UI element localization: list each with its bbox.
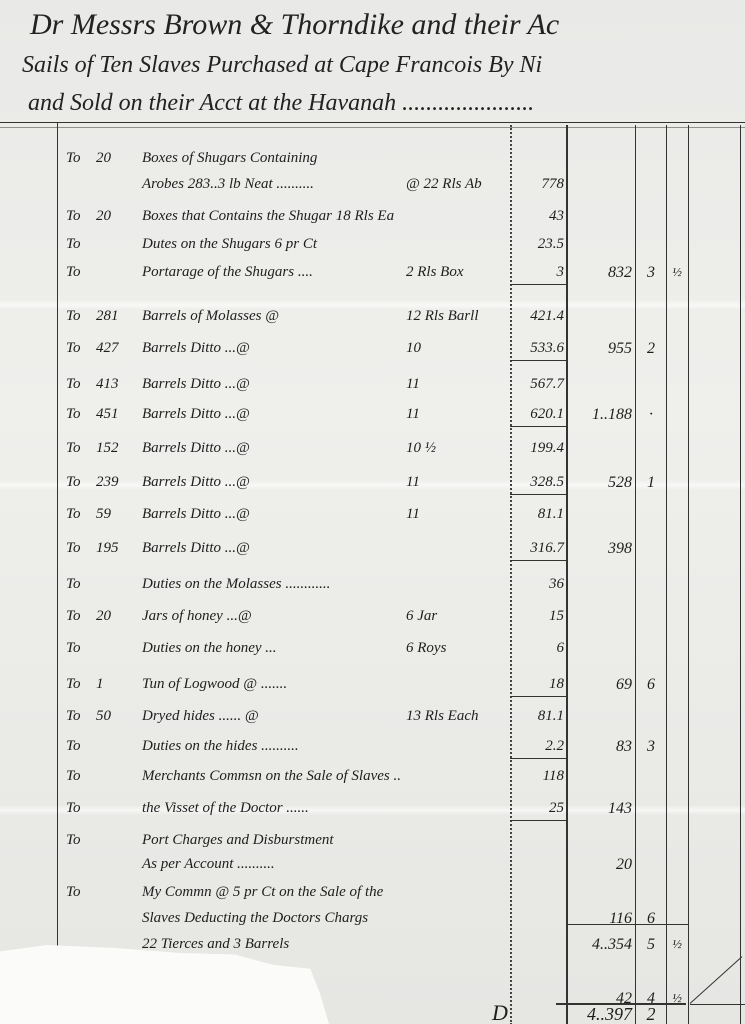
entry-amt2: 143 xyxy=(570,800,632,818)
entry-desc: Duties on the hides .......... xyxy=(142,738,299,755)
header-line-2: Sails of Ten Slaves Purchased at Cape Fr… xyxy=(22,52,542,79)
ledger-entry: To20Boxes that Contains the Shugar 18 Rl… xyxy=(66,208,506,234)
entry-desc: Barrels of Molasses @ xyxy=(142,308,279,325)
entry-amt1: 316.7 xyxy=(512,540,564,557)
entry-rate: 12 Rls Barll xyxy=(406,308,479,325)
entry-qty: 451 xyxy=(96,406,142,423)
grand-total-mark: D xyxy=(492,1000,508,1024)
entry-amt2: 83 xyxy=(570,738,632,756)
entry-qty: 20 xyxy=(96,608,142,625)
entry-to: To xyxy=(66,608,96,625)
entry-amt3: 6 xyxy=(636,910,666,928)
entry-to: To xyxy=(66,376,96,393)
entry-rate: 6 Roys xyxy=(406,640,446,657)
entry-qty: 239 xyxy=(96,474,142,491)
entry-desc: Barrels Ditto ...@ xyxy=(142,406,250,423)
entry-amt1: 81.1 xyxy=(512,506,564,523)
entry-to: To xyxy=(66,832,96,849)
entry-rate: 2 Rls Box xyxy=(406,264,464,281)
entry-to: To xyxy=(66,738,96,755)
ledger-entry: Arobes 283..3 lb Neat ..........@ 22 Rls… xyxy=(66,176,506,202)
entry-amt3: 2 xyxy=(636,340,666,358)
entry-desc: Duties on the honey ... xyxy=(142,640,277,657)
entry-qty: 281 xyxy=(96,308,142,325)
entry-desc: Barrels Ditto ...@ xyxy=(142,540,250,557)
entry-amt1: 567.7 xyxy=(512,376,564,393)
entry-to: To xyxy=(66,576,96,593)
entry-to: To xyxy=(66,440,96,457)
entry-rate: 10 ½ xyxy=(406,440,436,457)
ledger-entry: To239Barrels Ditto ...@11 xyxy=(66,474,506,500)
entry-rate: 6 Jar xyxy=(406,608,437,625)
ledger-entry: To50Dryed hides ...... @13 Rls Each xyxy=(66,708,506,734)
ledger-entry: To281Barrels of Molasses @12 Rls Barll xyxy=(66,308,506,334)
entry-amt2: 116 xyxy=(570,910,632,928)
header-rule xyxy=(0,122,745,123)
entry-amt3: · xyxy=(636,406,666,424)
entry-to: To xyxy=(66,340,96,357)
entry-amt1: 43 xyxy=(512,208,564,225)
entry-amt1: 620.1 xyxy=(512,406,564,423)
entry-desc: Boxes of Shugars Containing xyxy=(142,150,317,167)
entry-amt2: 1..188 xyxy=(570,406,632,424)
dotted-column-line xyxy=(510,125,512,1024)
left-margin-line xyxy=(57,122,58,952)
entry-qty: 152 xyxy=(96,440,142,457)
entry-to: To xyxy=(66,474,96,491)
grand-total-amount: 4..397 xyxy=(570,1004,632,1024)
entry-amt1: 36 xyxy=(512,576,564,593)
entry-desc: As per Account .......... xyxy=(142,856,275,873)
entry-to: To xyxy=(66,406,96,423)
entry-amt3: 3 xyxy=(636,738,666,756)
entry-desc: Barrels Ditto ...@ xyxy=(142,440,250,457)
entry-desc: 22 Tierces and 3 Barrels xyxy=(142,936,289,953)
entry-desc: Portarage of the Shugars .... xyxy=(142,264,313,281)
entry-desc: My Commn @ 5 pr Ct on the Sale of the xyxy=(142,884,383,901)
entry-desc: Slaves Deducting the Doctors Chargs xyxy=(142,910,368,927)
column-line xyxy=(740,125,741,1024)
entry-amt2: 955 xyxy=(570,340,632,358)
entry-to: To xyxy=(66,540,96,557)
entry-to: To xyxy=(66,768,96,785)
entry-rate: @ 22 Rls Ab xyxy=(406,176,482,193)
ledger-entry: As per Account .......... xyxy=(66,856,506,882)
entry-amt2: 832 xyxy=(570,264,632,282)
column-line xyxy=(688,125,689,1024)
entry-desc: Barrels Ditto ...@ xyxy=(142,340,250,357)
entry-to: To xyxy=(66,506,96,523)
entry-desc: Barrels Ditto ...@ xyxy=(142,474,250,491)
header-line-3: and Sold on their Acct at the Havanah ..… xyxy=(28,90,534,117)
entry-amt2: 528 xyxy=(570,474,632,492)
column-underline xyxy=(510,820,566,821)
entry-amt1: 778 xyxy=(512,176,564,193)
subtotal-rule xyxy=(566,924,688,925)
entry-to: To xyxy=(66,640,96,657)
entry-amt3: 5 xyxy=(636,936,666,954)
entry-to: To xyxy=(66,264,96,281)
entry-qty: 427 xyxy=(96,340,142,357)
entry-desc: Barrels Ditto ...@ xyxy=(142,376,250,393)
column-underline xyxy=(510,758,566,759)
entry-desc: Arobes 283..3 lb Neat .......... xyxy=(142,176,314,193)
entry-amt3: 1 xyxy=(636,474,666,492)
ledger-entry: To20Boxes of Shugars Containing xyxy=(66,150,506,176)
entry-qty: 59 xyxy=(96,506,142,523)
entry-amt2: 398 xyxy=(570,540,632,558)
column-underline xyxy=(510,284,566,285)
ledger-page: Dr Messrs Brown & Thorndike and their Ac… xyxy=(0,0,745,1024)
entry-to: To xyxy=(66,676,96,693)
column-line xyxy=(566,125,568,1024)
grand-total-fraction: 2 xyxy=(636,1004,666,1024)
ledger-entry: ToMerchants Commsn on the Sale of Slaves… xyxy=(66,768,506,794)
entry-amt2: 4..354 xyxy=(570,936,632,954)
diagonal-rule xyxy=(690,956,743,1004)
entry-amt1: 421.4 xyxy=(512,308,564,325)
ledger-entry: To413Barrels Ditto ...@11 xyxy=(66,376,506,402)
entry-to: To xyxy=(66,308,96,325)
ledger-entry: ToDuties on the Molasses ............ xyxy=(66,576,506,602)
entry-desc: Duties on the Molasses ............ xyxy=(142,576,330,593)
ledger-entry: ToPort Charges and Disburstment xyxy=(66,832,506,858)
ledger-entry: To59Barrels Ditto ...@11 xyxy=(66,506,506,532)
entry-amt1: 6 xyxy=(512,640,564,657)
entry-desc: Merchants Commsn on the Sale of Slaves .… xyxy=(142,768,401,785)
entry-to: To xyxy=(66,708,96,725)
entry-rate: 11 xyxy=(406,506,420,523)
column-underline xyxy=(510,696,566,697)
entry-qty: 413 xyxy=(96,376,142,393)
ledger-entry: Slaves Deducting the Doctors Chargs xyxy=(66,910,506,936)
entry-amt2: 69 xyxy=(570,676,632,694)
entry-amt1: 2.2 xyxy=(512,738,564,755)
header-line-1: Dr Messrs Brown & Thorndike and their Ac xyxy=(30,8,559,42)
entry-qty: 1 xyxy=(96,676,142,693)
entry-to: To xyxy=(66,150,96,167)
ledger-entry: To427Barrels Ditto ...@10 xyxy=(66,340,506,366)
entry-amt1: 81.1 xyxy=(512,708,564,725)
entry-amt1: 15 xyxy=(512,608,564,625)
ledger-entry: To20Jars of honey ...@6 Jar xyxy=(66,608,506,634)
entry-desc: Tun of Logwood @ ....... xyxy=(142,676,287,693)
entry-rate: 11 xyxy=(406,406,420,423)
entry-desc: Jars of honey ...@ xyxy=(142,608,252,625)
total-rule xyxy=(690,1004,745,1005)
entry-amt4: ½ xyxy=(668,936,686,952)
ledger-entry: Tothe Visset of the Doctor ...... xyxy=(66,800,506,826)
column-underline xyxy=(510,560,566,561)
entry-desc: the Visset of the Doctor ...... xyxy=(142,800,309,817)
entry-to: To xyxy=(66,884,96,901)
entry-qty: 20 xyxy=(96,150,142,167)
ledger-entry: To195Barrels Ditto ...@ xyxy=(66,540,506,566)
entry-amt1: 199.4 xyxy=(512,440,564,457)
entry-rate: 10 xyxy=(406,340,421,357)
entry-rate: 13 Rls Each xyxy=(406,708,479,725)
entry-desc: Barrels Ditto ...@ xyxy=(142,506,250,523)
entry-amt1: 328.5 xyxy=(512,474,564,491)
entry-amt1: 18 xyxy=(512,676,564,693)
entry-amt2: 20 xyxy=(570,856,632,874)
ledger-entry: ToMy Commn @ 5 pr Ct on the Sale of the xyxy=(66,884,506,910)
entry-amt3: 3 xyxy=(636,264,666,282)
column-underline xyxy=(510,494,566,495)
entry-amt4: ½ xyxy=(668,264,686,280)
entry-desc: Port Charges and Disburstment xyxy=(142,832,334,849)
ledger-entry: ToDutes on the Shugars 6 pr Ct xyxy=(66,236,506,262)
entry-qty: 20 xyxy=(96,208,142,225)
ledger-entry: ToDuties on the honey ...6 Roys xyxy=(66,640,506,666)
column-underline xyxy=(510,360,566,361)
entry-qty: 50 xyxy=(96,708,142,725)
entry-amt3: 6 xyxy=(636,676,666,694)
entry-to: To xyxy=(66,800,96,817)
column-line xyxy=(666,125,667,1024)
entry-desc: Dutes on the Shugars 6 pr Ct xyxy=(142,236,317,253)
entry-amt1: 3 xyxy=(512,264,564,281)
ledger-entry: To152Barrels Ditto ...@10 ½ xyxy=(66,440,506,466)
entry-desc: Dryed hides ...... @ xyxy=(142,708,259,725)
entry-amt1: 23.5 xyxy=(512,236,564,253)
ledger-entry: To1Tun of Logwood @ ....... xyxy=(66,676,506,702)
entry-rate: 11 xyxy=(406,376,420,393)
entry-amt1: 533.6 xyxy=(512,340,564,357)
entry-amt1: 25 xyxy=(512,800,564,817)
entry-rate: 11 xyxy=(406,474,420,491)
entry-desc: Boxes that Contains the Shugar 18 Rls Ea xyxy=(142,208,394,225)
header-rule xyxy=(0,127,745,128)
ledger-entry: ToPortarage of the Shugars ....2 Rls Box xyxy=(66,264,506,290)
column-line xyxy=(635,125,636,1024)
ledger-entry: ToDuties on the hides .......... xyxy=(66,738,506,764)
entry-qty: 195 xyxy=(96,540,142,557)
column-underline xyxy=(510,426,566,427)
entry-to: To xyxy=(66,236,96,253)
entry-to: To xyxy=(66,208,96,225)
entry-amt1: 118 xyxy=(512,768,564,785)
ledger-entry: To451Barrels Ditto ...@11 xyxy=(66,406,506,432)
